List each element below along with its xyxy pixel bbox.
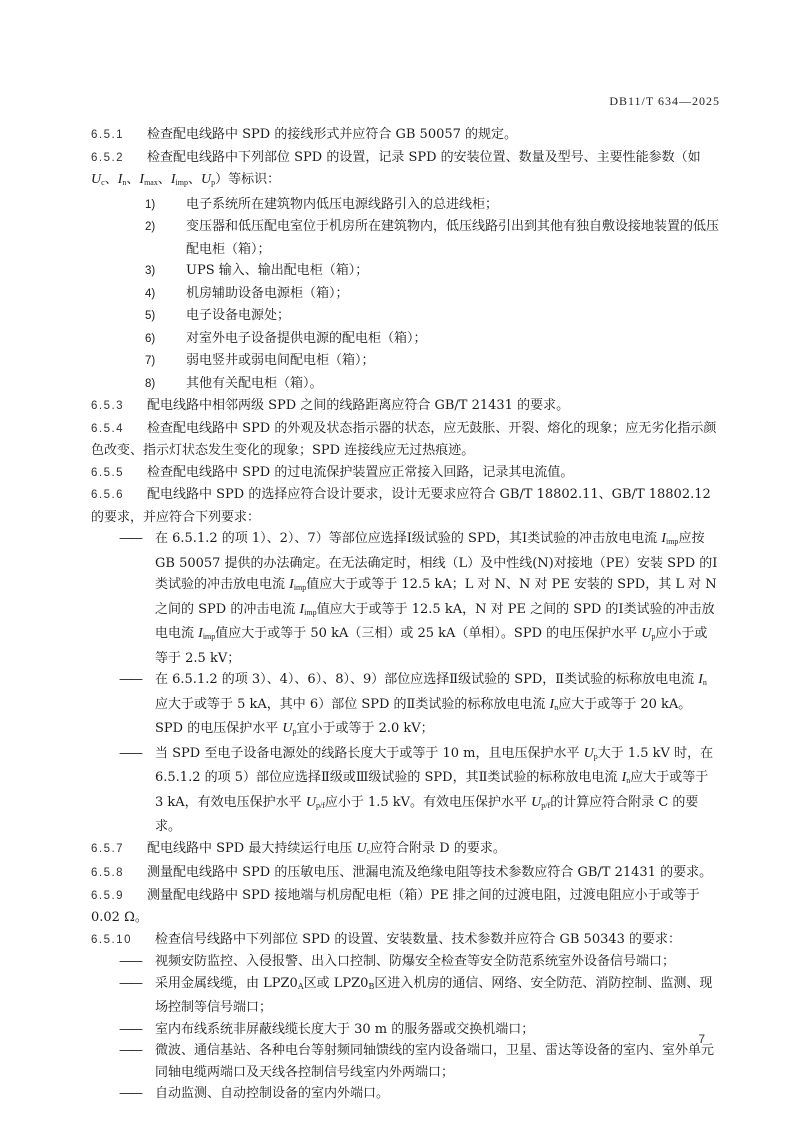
clause-6-5-5: 6.5.5检查配电线路中 SPD 的过电流保护装置应正常接入回路，记录其电流值。 — [91, 462, 719, 485]
list-item: 3)UPS 输入、输出配电柜（箱）； — [145, 260, 719, 283]
clause-number: 6.5.10 — [91, 930, 155, 952]
param-iimp: Iimp — [171, 172, 188, 187]
dash-item: ——在 6.5.1.2 的项 3）、4）、6）、8）、9）部位应选择Ⅱ级试验的 … — [119, 669, 719, 743]
clause-number: 6.5.8 — [91, 863, 147, 885]
dash-item: ——采用金属线缆，由 LPZ0A区或 LPZ0B区进入机房的通信、网络、安全防范… — [119, 973, 719, 1019]
document-body: 6.5.1检查配电线路中 SPD 的接线形式并应符合 GB 50057 的规定。… — [91, 124, 719, 1105]
list-item: 6)对室外电子设备提供电源的配电柜（箱）； — [145, 328, 719, 351]
clause-number: 6.5.1 — [91, 125, 147, 147]
param-in: In — [698, 672, 707, 687]
param-uc: Uc — [356, 841, 370, 856]
clause-6-5-1: 6.5.1检查配电线路中 SPD 的接线形式并应符合 GB 50057 的规定。 — [91, 124, 719, 147]
document-code-header: DB11/T 634—2025 — [609, 94, 720, 109]
param-imax: Imax — [139, 172, 157, 187]
param-up: Up — [584, 746, 598, 761]
list-item: 5)电子设备电源处； — [145, 305, 719, 328]
dash-item: ——在 6.5.1.2 的项 1）、2）、7）等部位应选择Ⅰ级试验的 SPD，其… — [119, 528, 719, 669]
dash-item: ——当 SPD 至电子设备电源处的线路长度大于或等于 10 m，且电压保护水平 … — [119, 743, 719, 838]
clause-6-5-6: 6.5.6配电线路中 SPD 的选择应符合设计要求，设计无要求应符合 GB/T … — [91, 484, 719, 528]
clause-6-5-8: 6.5.8测量配电线路中 SPD 的压敏电压、泄漏电流及绝缘电阻等技术参数应符合… — [91, 862, 719, 885]
page-number: 7 — [698, 1032, 705, 1046]
clause-text: 检查配电线路中下列部位 SPD 的设置，记录 SPD 的安装位置、数量及型号、主… — [147, 150, 701, 165]
param-upf: Up/f — [306, 795, 325, 810]
param-up: Up — [201, 172, 215, 187]
dash-item: ——视频安防监控、入侵报警、出入口控制、防爆安全检查等安全防范系统室外设备信号端… — [119, 951, 719, 973]
param-iimp: Iimp — [661, 531, 678, 546]
list-item: 8)其他有关配电柜（箱）。 — [145, 373, 719, 396]
param-iimp: Iimp — [299, 602, 316, 617]
param-iimp: Iimp — [289, 577, 306, 592]
clause-6-5-9: 6.5.9测量配电线路中 SPD 接地端与机房配电柜（箱）PE 排之间的过渡电阻… — [91, 885, 719, 929]
clause-text: 测量配电线路中 SPD 接地端与机房配电柜（箱）PE 排之间的过渡电阻，过渡电阻… — [91, 888, 700, 926]
param-up: Up — [641, 626, 655, 641]
clause-text: 测量配电线路中 SPD 的压敏电压、泄漏电流及绝缘电阻等技术参数应符合 GB/T… — [147, 865, 712, 880]
clause-number: 6.5.2 — [91, 148, 147, 170]
clause-text: 检查信号线路中下列部位 SPD 的设置、安装数量、技术参数并应符合 GB 503… — [155, 932, 681, 947]
clause-number: 6.5.6 — [91, 485, 147, 507]
list-item: 2)变压器和低压配电室位于机房所在建筑物内，低压线路引出到其他有独自敷设接地装置… — [145, 216, 719, 260]
clause-6-5-2: 6.5.2检查配电线路中下列部位 SPD 的设置，记录 SPD 的安装位置、数量… — [91, 147, 719, 194]
param-in: In — [550, 697, 559, 712]
dash-item: ——室内布线系统非屏蔽线缆长度大于 30 m 的服务器或交换机端口； — [119, 1019, 719, 1041]
param-iimp: Iimp — [198, 626, 215, 641]
clause-text: 配电线路中相邻两级 SPD 之间的线路距离应符合 GB/T 21431 的要求。 — [147, 398, 569, 413]
clause-text: 配电线路中 SPD 的选择应符合设计要求，设计无要求应符合 GB/T 18802… — [91, 487, 711, 525]
clause-number: 6.5.5 — [91, 463, 147, 485]
clause-text: 检查配电线路中 SPD 的过电流保护装置应正常接入回路，记录其电流值。 — [147, 465, 573, 480]
list-item: 7)弱电竖井或弱电间配电柜（箱）； — [145, 350, 719, 373]
dash-item: ——微波、通信基站、各种电台等射频同轴馈线的室内设备端口，卫星、雷达等设备的室内… — [119, 1040, 719, 1083]
clause-6-5-3: 6.5.3配电线路中相邻两级 SPD 之间的线路距离应符合 GB/T 21431… — [91, 395, 719, 418]
param-up: Up — [282, 721, 296, 736]
clause-text: 检查配电线路中 SPD 的接线形式并应符合 GB 50057 的规定。 — [147, 127, 517, 142]
param-in: In — [622, 770, 631, 785]
clause-text: 检查配电线路中 SPD 的外观及状态指示器的状态，应无鼓胀、开裂、熔化的现象；应… — [91, 421, 716, 459]
clause-6-5-4: 6.5.4检查配电线路中 SPD 的外观及状态指示器的状态，应无鼓胀、开裂、熔化… — [91, 418, 719, 462]
list-item: 4)机房辅助设备电源柜（箱）； — [145, 283, 719, 306]
param-upf: Up/f — [531, 795, 550, 810]
document-page: DB11/T 634—2025 6.5.1检查配电线路中 SPD 的接线形式并应… — [0, 0, 793, 1123]
clause-number: 6.5.3 — [91, 396, 147, 418]
clause-number: 6.5.9 — [91, 886, 147, 908]
clause-number: 6.5.7 — [91, 839, 147, 861]
param-uc: Uc — [91, 172, 105, 187]
list-item: 1)电子系统所在建筑物内低压电源线路引入的总进线柜； — [145, 194, 719, 217]
clause-6-5-7: 6.5.7配电线路中 SPD 最大持续运行电压 Uc应符合附录 D 的要求。 — [91, 838, 719, 863]
dash-item: ——自动监测、自动控制设备的室内外端口。 — [119, 1083, 719, 1105]
clause-6-5-10: 6.5.10检查信号线路中下列部位 SPD 的设置、安装数量、技术参数并应符合 … — [91, 929, 719, 952]
clause-number: 6.5.4 — [91, 419, 147, 441]
